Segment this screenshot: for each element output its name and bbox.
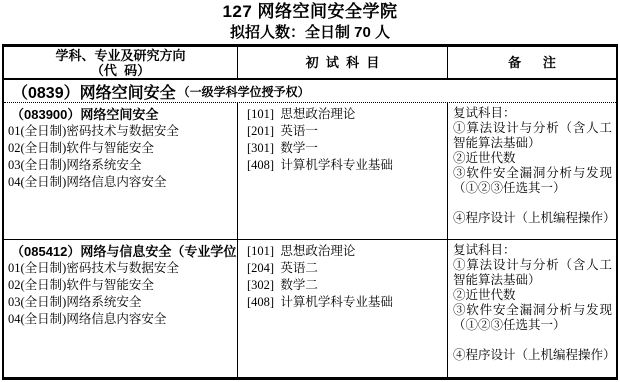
remark-line: 复试科目： [453, 243, 612, 258]
exam-subject: [301] 数学一 [247, 140, 443, 157]
table-row-085412: （085412）网络与信息安全（专业学位） 01(全日制)密码技术与数据安全 0… [4, 240, 616, 377]
cell-remarks-085412: 复试科目： ①算法设计与分析（含人工智能算法基础） ②近世代数 ③软件安全漏洞分… [448, 240, 616, 377]
remark-line: 复试科目： [453, 106, 612, 121]
header-discipline-column: 学科、专业及研究方向 （代 码） [4, 47, 238, 78]
research-direction: 04(全日制)网络信息内容安全 [8, 174, 233, 191]
table-header-row: 学科、专业及研究方向 （代 码） 初 试 科 目 备 注 [4, 47, 616, 80]
cell-program-083900: （083900）网络空间安全 01(全日制)密码技术与数据安全 02(全日制)软… [4, 103, 238, 239]
header-discipline-line1: 学科、专业及研究方向 [55, 48, 185, 63]
exam-subject: [408] 计算机学科专业基础 [247, 157, 443, 174]
cell-exam-085412: [101] 思想政治理论 [204] 英语二 [302] 数学二 [408] 计… [238, 240, 448, 377]
section-row-0839: （0839）网络空间安全 （一级学科学位授予权） [4, 80, 616, 103]
exam-subject: [408] 计算机学科专业基础 [247, 294, 443, 311]
remark-line [453, 196, 612, 211]
remark-line [453, 333, 612, 348]
section-note: （一级学科学位授予权） [178, 83, 310, 100]
header-discipline-line2: （代 码） [91, 63, 150, 78]
admissions-table: 学科、专业及研究方向 （代 码） 初 试 科 目 备 注 （0839）网络空间安… [2, 44, 618, 380]
remark-line: ①算法设计与分析（含人工智能算法基础） [453, 258, 612, 288]
remark-line: ②近世代数 [453, 288, 612, 303]
exam-subject: [101] 思想政治理论 [247, 243, 443, 260]
exam-subject: [101] 思想政治理论 [247, 106, 443, 123]
header-exam-column: 初 试 科 目 [238, 47, 448, 78]
exam-subject: [201] 英语一 [247, 123, 443, 140]
research-direction: 04(全日制)网络信息内容安全 [8, 311, 233, 328]
research-direction: 01(全日制)密码技术与数据安全 [8, 260, 233, 277]
section-title: （0839）网络空间安全 [12, 80, 176, 103]
cell-program-085412: （085412）网络与信息安全（专业学位） 01(全日制)密码技术与数据安全 0… [4, 240, 238, 377]
remark-line: ③软件安全漏洞分析与发现（①②③任选其一） [453, 166, 612, 196]
exam-subject: [302] 数学二 [247, 277, 443, 294]
research-direction: 03(全日制)网络系统安全 [8, 294, 233, 311]
program-title: （083900）网络空间安全 [8, 106, 233, 123]
research-direction: 02(全日制)软件与智能安全 [8, 140, 233, 157]
remark-line: ②近世代数 [453, 151, 612, 166]
exam-subject: [204] 英语二 [247, 260, 443, 277]
research-direction: 03(全日制)网络系统安全 [8, 157, 233, 174]
research-direction: 01(全日制)密码技术与数据安全 [8, 123, 233, 140]
research-direction: 02(全日制)软件与智能安全 [8, 277, 233, 294]
page-subtitle: 拟招人数：全日制 70 人 [0, 23, 620, 42]
remark-line: ③软件安全漏洞分析与发现（①②③任选其一） [453, 303, 612, 333]
cell-remarks-083900: 复试科目： ①算法设计与分析（含人工智能算法基础） ②近世代数 ③软件安全漏洞分… [448, 103, 616, 239]
table-row-083900: （083900）网络空间安全 01(全日制)密码技术与数据安全 02(全日制)软… [4, 103, 616, 240]
page-title: 127 网络空间安全学院 [0, 2, 620, 22]
remark-line: ④程序设计（上机编程操作） [453, 211, 612, 226]
cell-exam-083900: [101] 思想政治理论 [201] 英语一 [301] 数学一 [408] 计… [238, 103, 448, 239]
remark-line: ④程序设计（上机编程操作） [453, 348, 612, 363]
remark-line: ①算法设计与分析（含人工智能算法基础） [453, 121, 612, 151]
program-title: （085412）网络与信息安全（专业学位） [8, 243, 233, 260]
header-remarks-column: 备 注 [448, 47, 616, 78]
